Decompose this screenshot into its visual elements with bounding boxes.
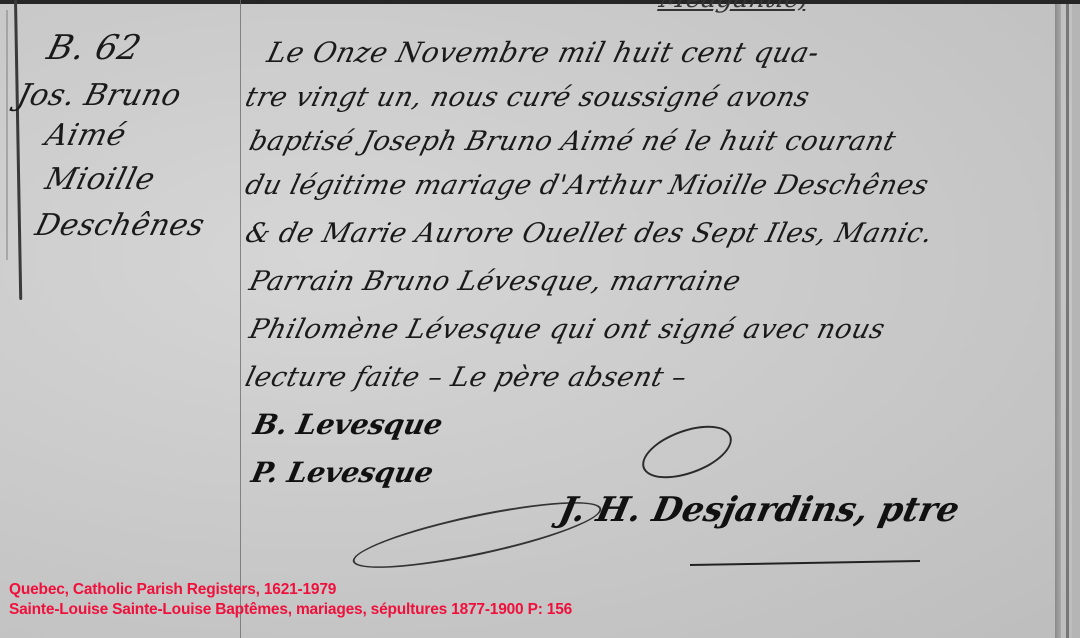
margin-rule-line bbox=[240, 0, 241, 638]
margin-name-line-1: Jos. Bruno bbox=[14, 78, 185, 113]
margin-name-line-4: Deschênes bbox=[32, 208, 209, 243]
right-frame-line bbox=[1066, 4, 1069, 638]
body-line-2: tre vingt un, nous curé soussigné avons bbox=[242, 82, 813, 113]
left-binding-line bbox=[14, 0, 22, 300]
signature-godfather: B. Levesque bbox=[250, 408, 445, 441]
entry-number: B. 62 bbox=[43, 28, 145, 68]
signature-flourish-loop bbox=[635, 415, 738, 488]
left-page-edge bbox=[6, 10, 8, 260]
body-line-5: & de Marie Aurore Ouellet des Sept Iles,… bbox=[242, 218, 936, 249]
margin-name-line-2: Aimé bbox=[42, 118, 130, 153]
signature-priest: J. H. Desjardins, ptre bbox=[556, 490, 963, 530]
body-line-6: Parrain Bruno Lévesque, marraine bbox=[246, 266, 744, 297]
right-frame-edge bbox=[1072, 4, 1080, 638]
body-line-7: Philomène Lévesque qui ont signé avec no… bbox=[246, 314, 888, 345]
register-page-scan: Meagantic, B. 62 Jos. Bruno Aimé Mioille… bbox=[0, 0, 1080, 638]
top-edge-bar bbox=[0, 0, 1080, 4]
signature-underline bbox=[690, 560, 920, 566]
margin-name-line-3: Mioille bbox=[42, 162, 159, 197]
body-line-8: lecture faite – Le père absent – bbox=[242, 362, 690, 393]
previous-entry-fragment: Meagantic, bbox=[656, 0, 811, 14]
caption-source: Sainte-Louise Sainte-Louise Baptêmes, ma… bbox=[9, 600, 572, 620]
caption-collection: Quebec, Catholic Parish Registers, 1621-… bbox=[9, 580, 572, 600]
body-line-1: Le Onze Novembre mil huit cent qua- bbox=[264, 36, 823, 69]
record-caption: Quebec, Catholic Parish Registers, 1621-… bbox=[9, 580, 572, 620]
body-line-4: du légitime mariage d'Arthur Mioille Des… bbox=[242, 170, 932, 201]
right-frame-border bbox=[1055, 4, 1061, 638]
signature-godmother: P. Levesque bbox=[248, 456, 436, 489]
body-line-3: baptisé Joseph Bruno Aimé né le huit cou… bbox=[246, 126, 899, 157]
